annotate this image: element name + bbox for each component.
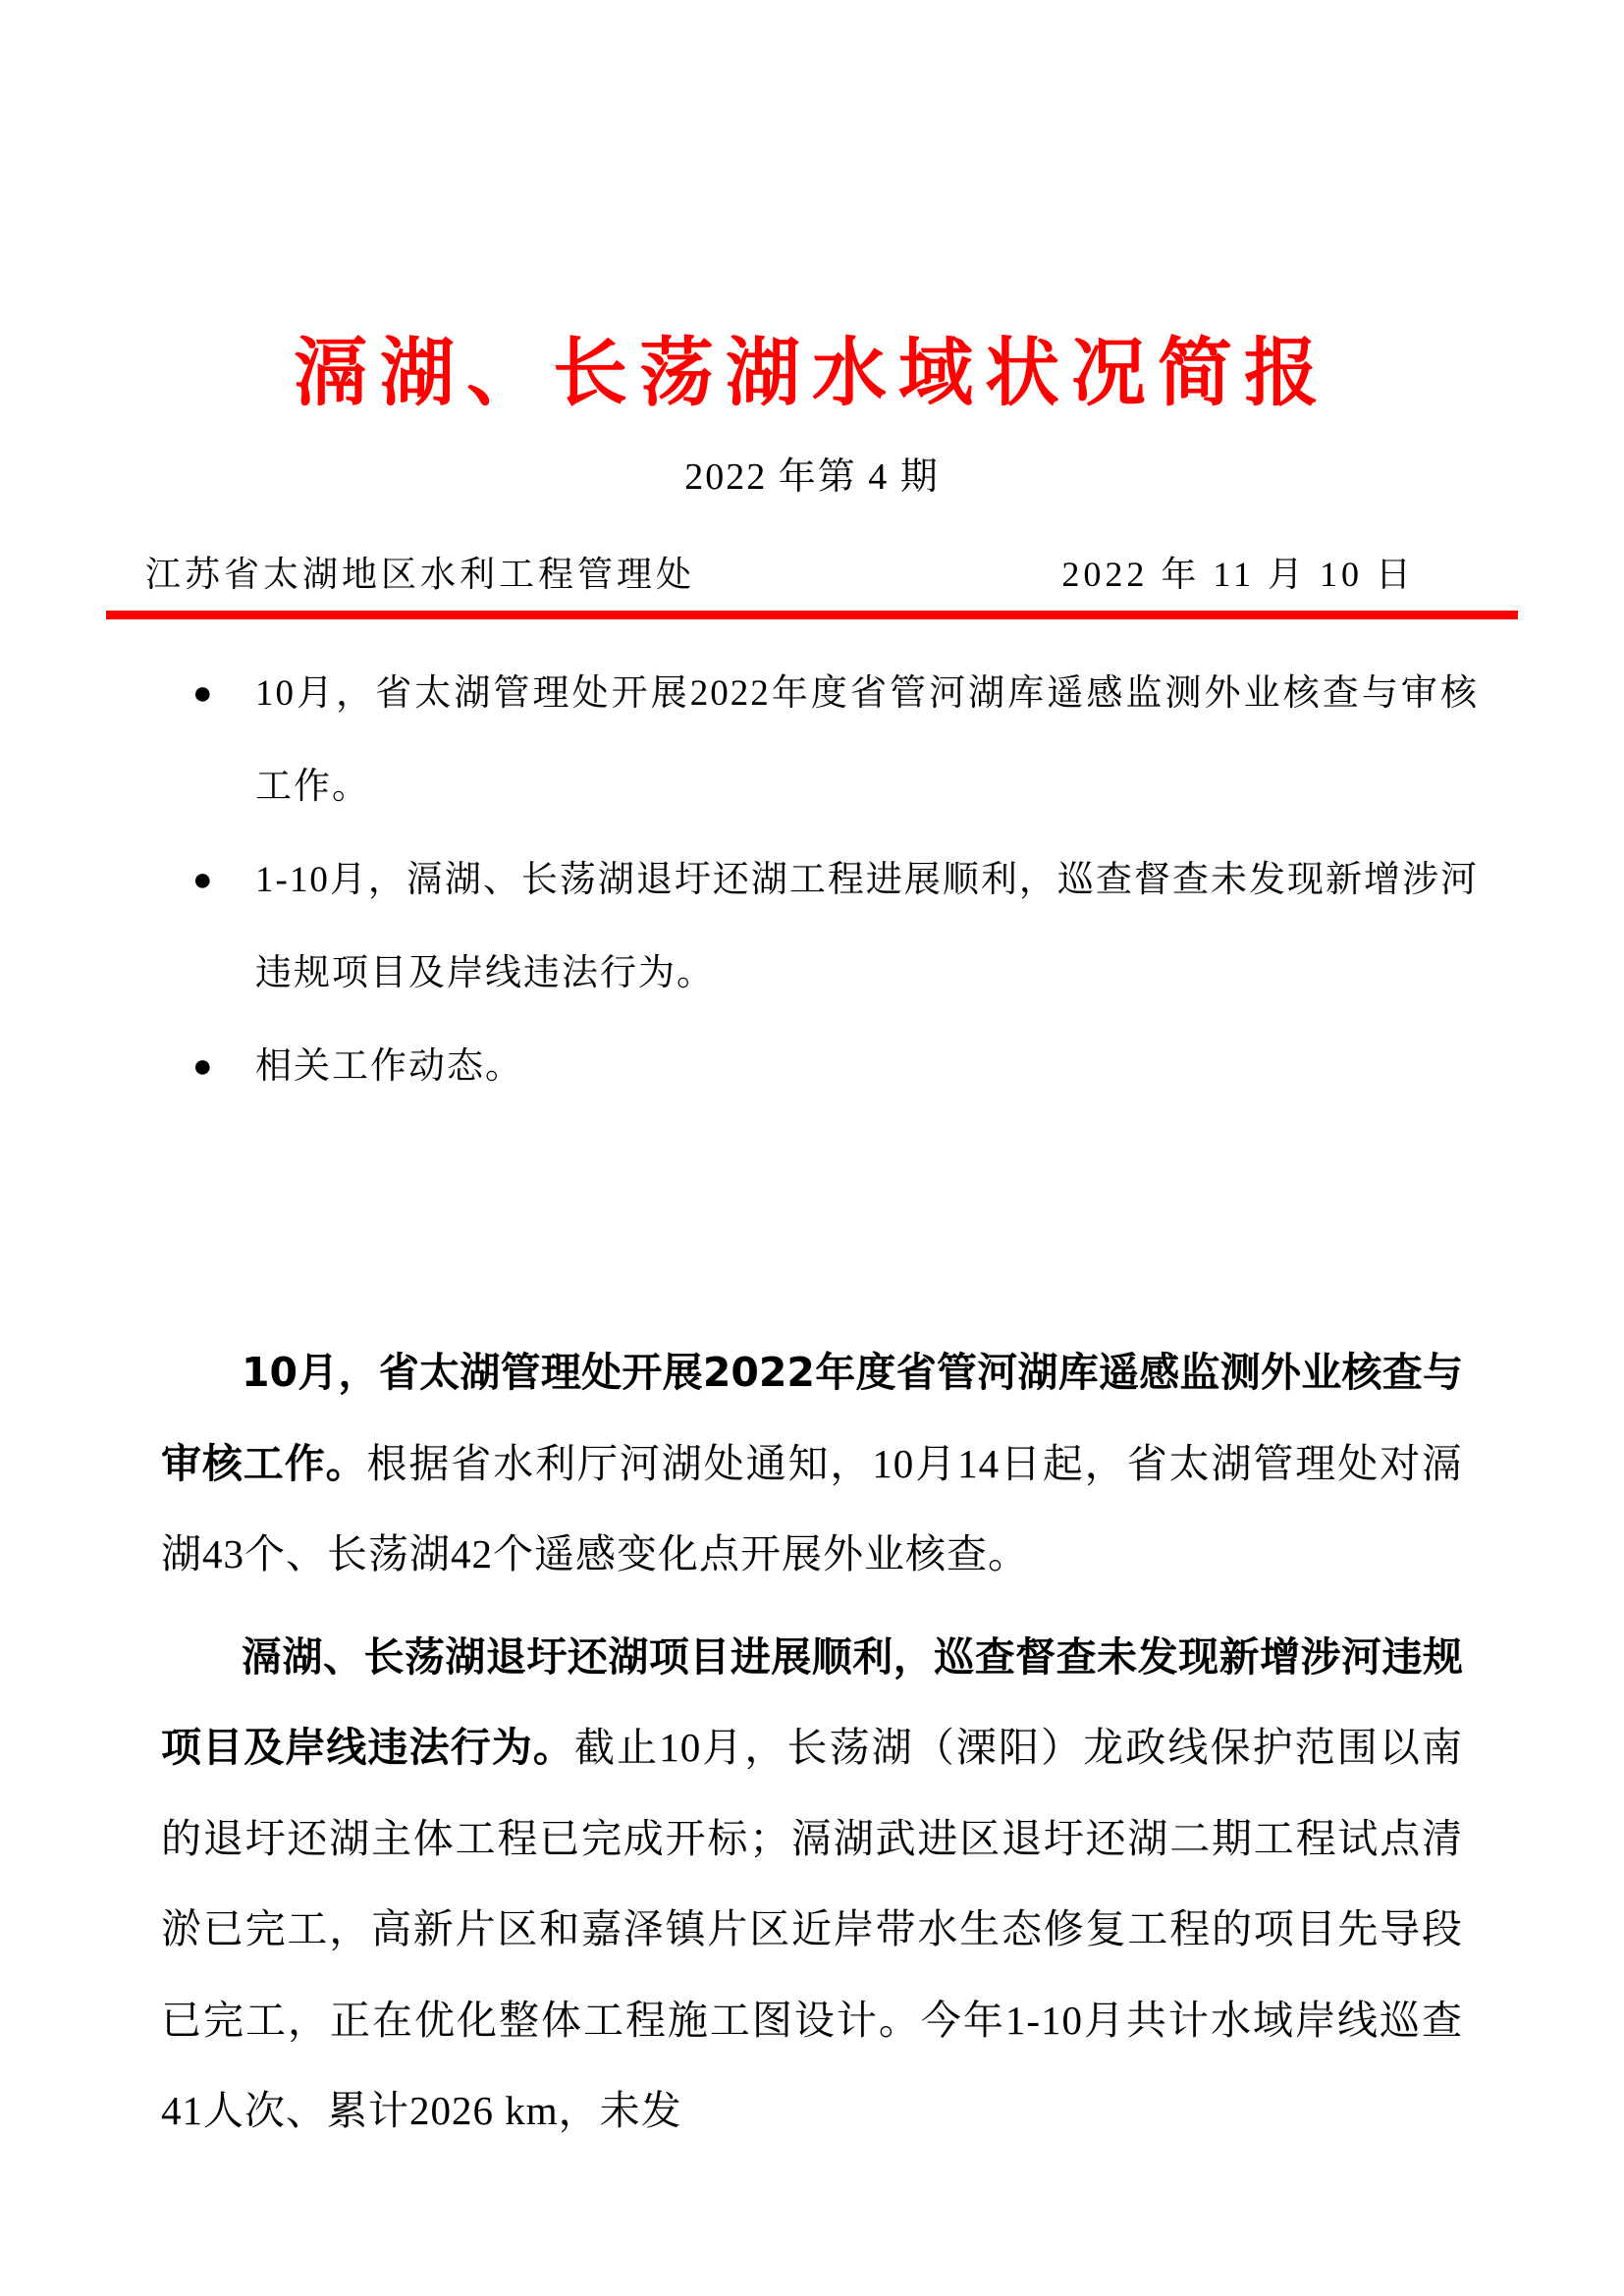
body-content: 10月，省太湖管理处开展2022年度省管河湖库遥感监测外业核查与审核工作。根据省… (106, 1327, 1518, 2157)
summary-list: ● 10月，省太湖管理处开展2022年度省管河湖库遥感监测外业核查与审核工作。 … (106, 647, 1518, 1113)
bullet-icon: ● (192, 647, 255, 740)
bullet-icon: ● (192, 1020, 255, 1113)
body-paragraph: 滆湖、长荡湖退圩还湖项目进展顺利，巡查督查未发现新增涉河违规项目及岸线违法行为。… (161, 1612, 1463, 2157)
page-title: 滆湖、长荡湖水域状况简报 (106, 332, 1518, 414)
bullet-icon: ● (192, 833, 255, 927)
summary-item-text: 相关工作动态。 (255, 1020, 1479, 1113)
summary-item-text: 1-10月，滆湖、长荡湖退圩还湖工程进展顺利，巡查督查未发现新增涉河违规项目及岸… (255, 833, 1479, 1020)
summary-item-text: 10月，省太湖管理处开展2022年度省管河湖库遥感监测外业核查与审核工作。 (255, 647, 1479, 833)
body-paragraph: 10月，省太湖管理处开展2022年度省管河湖库遥感监测外业核查与审核工作。根据省… (161, 1327, 1463, 1600)
issue-number: 2022 年第 4 期 (106, 455, 1518, 501)
list-item: ● 相关工作动态。 (192, 1020, 1479, 1113)
paragraph-body-text: 截止10月，长荡湖（溧阳）龙政线保护范围以南的退圩还湖主体工程已完成开标；滆湖武… (161, 1725, 1463, 2133)
bulletin-document: 滆湖、长荡湖水域状况简报 2022 年第 4 期 江苏省太湖地区水利工程管理处 … (0, 332, 1624, 2157)
publisher-name: 江苏省太湖地区水利工程管理处 (145, 547, 695, 597)
red-divider-line (106, 611, 1518, 619)
publish-date: 2022 年 11 月 10 日 (1061, 547, 1415, 597)
list-item: ● 10月，省太湖管理处开展2022年度省管河湖库遥感监测外业核查与审核工作。 (192, 647, 1479, 833)
list-item: ● 1-10月，滆湖、长荡湖退圩还湖工程进展顺利，巡查督查未发现新增涉河违规项目… (192, 833, 1479, 1020)
masthead-row: 江苏省太湖地区水利工程管理处 2022 年 11 月 10 日 (106, 547, 1518, 597)
